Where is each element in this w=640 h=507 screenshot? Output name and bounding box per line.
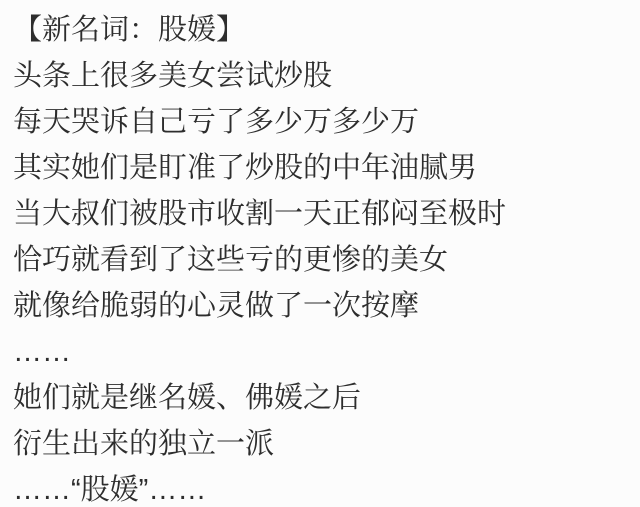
- post-text-line: 每天哭诉自己亏了多少万多少万: [13, 99, 630, 145]
- post-text-line: 其实她们是盯准了炒股的中年油腻男: [13, 145, 630, 191]
- post-text-line: 恰巧就看到了这些亏的更惨的美女: [13, 237, 630, 283]
- post-text-line: 她们就是继名媛、佛媛之后: [13, 375, 630, 421]
- post-closing-line: ……“股媛”……: [13, 467, 630, 507]
- post-text-line: 衍生出来的独立一派: [13, 421, 630, 467]
- post-text-line: 就像给脆弱的心灵做了一次按摩: [13, 283, 630, 329]
- post-ellipsis-line: ……: [13, 329, 630, 375]
- post-text-line: 头条上很多美女尝试炒股: [13, 53, 630, 99]
- post-text-line: 当大叔们被股市收割一天正郁闷至极时: [13, 191, 630, 237]
- text-post: 【新名词：股媛】 头条上很多美女尝试炒股 每天哭诉自己亏了多少万多少万 其实她们…: [0, 0, 640, 507]
- post-title-line: 【新名词：股媛】: [13, 7, 630, 53]
